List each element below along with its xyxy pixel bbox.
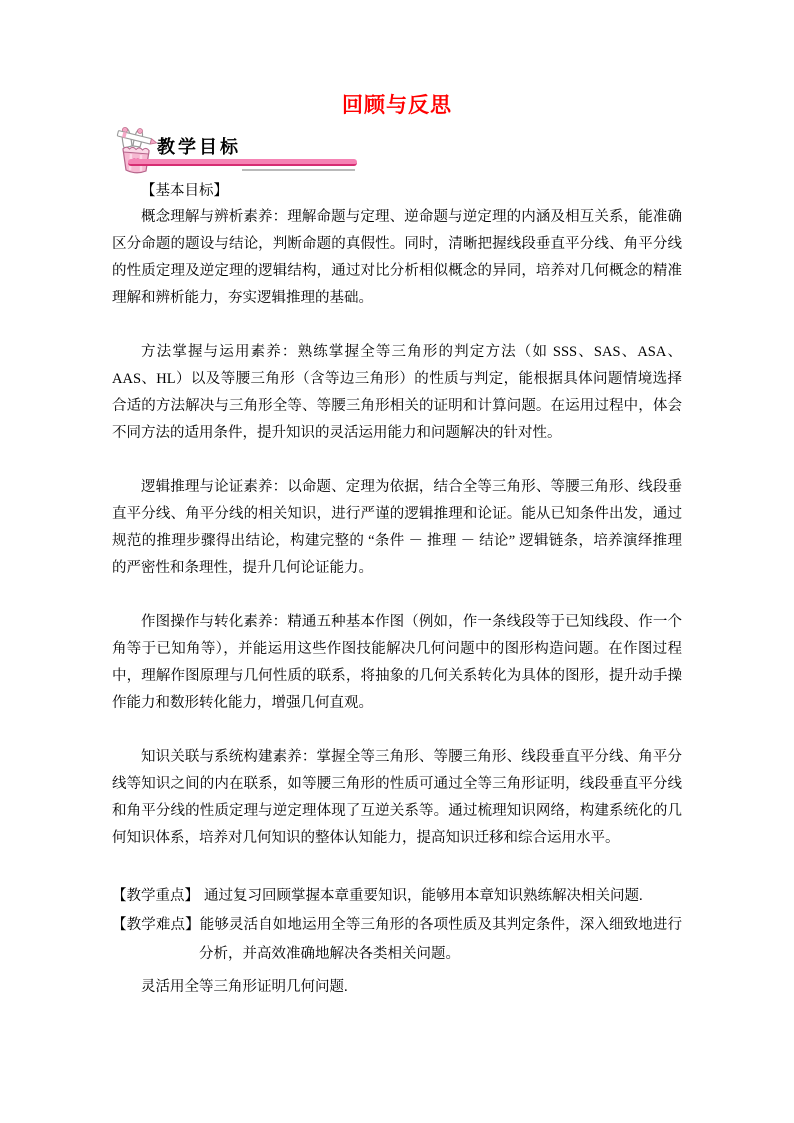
basic-goals-label: 【基本目标】 (112, 178, 682, 204)
pencil-cup-icon (111, 125, 161, 175)
teaching-key-point-text: 通过复习回顾掌握本章重要知识，能够用本章知识熟练解决相关问题. (204, 888, 643, 904)
teaching-key-point-label: 【教学重点】 (112, 888, 199, 904)
page-title: 回顾与反思 (0, 92, 794, 118)
banner-underline-bar (128, 159, 357, 166)
closing-line: 灵活用全等三角形证明几何问题. (112, 973, 682, 1002)
banner-underline-shadow (242, 169, 355, 171)
goal-paragraph-knowledge: 知识关联与系统构建素养：掌握全等三角形、等腰三角形、线段垂直平分线、角平分线等知… (112, 744, 682, 852)
teaching-key-point: 【教学重点】通过复习回顾掌握本章重要知识，能够用本章知识熟练解决相关问题. (112, 882, 682, 911)
teaching-difficult-point-text: 能够灵活自如地运用全等三角形的各项性质及其判定条件，深入细致地进行分析，并高效准… (199, 917, 682, 962)
objectives-banner: 教学目标 (111, 125, 371, 177)
goal-paragraph-logic: 逻辑推理与论证素养：以命题、定理为依据，结合全等三角形、等腰三角形、线段垂直平分… (112, 474, 682, 582)
goal-paragraph-method: 方法掌握与运用素养：熟练掌握全等三角形的判定方法（如 SSS、SAS、ASA、A… (112, 339, 682, 447)
goal-paragraph-construction: 作图操作与转化素养：精通五种基本作图（例如，作一条线段等于已知线段、作一个角等于… (112, 609, 682, 717)
teaching-difficult-point: 【教学难点】能够灵活自如地运用全等三角形的各项性质及其判定条件，深入细致地进行分… (112, 911, 682, 969)
objectives-banner-label: 教学目标 (157, 133, 241, 159)
document-body: 【基本目标】 概念理解与辨析素养：理解命题与定理、逆命题与逆定理的内涵及相互关系… (112, 178, 682, 1002)
teaching-difficult-point-label: 【教学难点】 (112, 917, 200, 933)
document-page: 回顾与反思 教学目标 【基本目标】 概念理解与辨 (0, 0, 794, 1123)
key-difficult-points: 【教学重点】通过复习回顾掌握本章重要知识，能够用本章知识熟练解决相关问题. 【教… (112, 882, 682, 969)
goal-paragraph-concept: 概念理解与辨析素养：理解命题与定理、逆命题与逆定理的内涵及相互关系，能准确区分命… (112, 204, 682, 312)
